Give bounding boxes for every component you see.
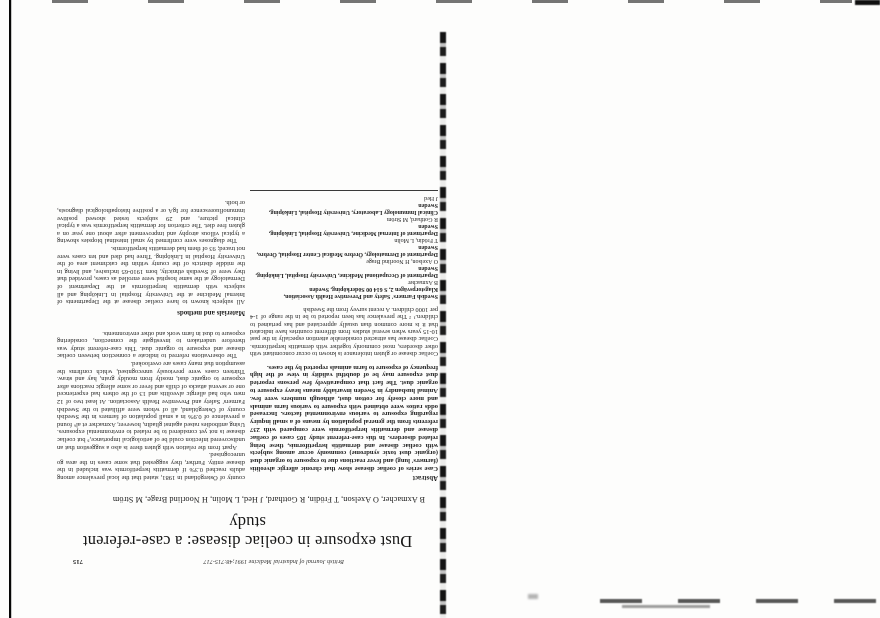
affiliation-text: Department of Occupational Medicine, Uni… bbox=[255, 265, 438, 278]
article-title-line-1: Dust exposure in coeliac disease: a case… bbox=[57, 532, 438, 551]
page-edge-line bbox=[9, 0, 11, 618]
author-list: B Axmacher, O Axelson, T Frödin, R Gotth… bbox=[57, 495, 425, 504]
section-heading-materials-and-methods: Materials and methods bbox=[57, 309, 245, 316]
article-title: Dust exposure in coeliac disease: a case… bbox=[57, 513, 438, 551]
introduction-paragraph: Coeliac disease or gluten intolerance is… bbox=[250, 306, 438, 357]
affiliation-entry: Department of Internal Medicine, Univers… bbox=[250, 215, 438, 236]
affiliation-entry: Department of Occupational Medicine, Uni… bbox=[250, 257, 438, 278]
affiliations-rule bbox=[250, 190, 438, 191]
affiliations-block: Swedish Farmers' Safety and Preventive H… bbox=[250, 190, 438, 299]
affiliation-entry: Swedish Farmers' Safety and Preventive H… bbox=[250, 278, 438, 299]
scan-smudge bbox=[528, 594, 538, 599]
body-paragraph: Apart from the relation with gluten ther… bbox=[57, 360, 245, 451]
body-paragraph: county of Östergötland in 1981, stated t… bbox=[57, 451, 245, 481]
body-paragraph: The observations referred to indicate a … bbox=[57, 329, 245, 359]
affiliation-names: O Axelson, H Noorlind Brage bbox=[366, 258, 438, 264]
scan-corner-mark bbox=[855, 0, 880, 5]
affiliation-names: R Gotthard, M Ström bbox=[387, 216, 438, 222]
two-column-body: Abstract Case series of coeliac disease … bbox=[57, 73, 438, 481]
article-title-line-2: study bbox=[57, 513, 438, 532]
scanner-bed: British Journal of Industrial Medicine 1… bbox=[0, 0, 880, 618]
scan-edge-dashes-bottom bbox=[600, 599, 878, 603]
affiliation-text: Swedish Farmers' Safety and Preventive H… bbox=[284, 286, 438, 299]
affiliation-entry: Department of Dermatology, Örebro Medica… bbox=[250, 236, 438, 257]
affiliation-names: J Hed bbox=[424, 195, 438, 201]
page-number: 715 bbox=[73, 558, 83, 565]
page-content: British Journal of Industrial Medicine 1… bbox=[11, 0, 441, 618]
body-paragraph: All subjects known to have coeliac disea… bbox=[57, 244, 245, 305]
affiliation-text: Department of Dermatology, Örebro Medica… bbox=[257, 244, 438, 257]
body-paragraph: The diagnoses were confirmed by small in… bbox=[57, 199, 245, 245]
right-column: county of Östergötland in 1981, stated t… bbox=[57, 73, 245, 481]
spine-margin-print-strip bbox=[440, 32, 446, 618]
affiliation-text: Clinical Immunology Laboratory, Universi… bbox=[269, 202, 438, 215]
affiliation-entry: Clinical Immunology Laboratory, Universi… bbox=[250, 194, 438, 215]
affiliation-names: B Axmacher bbox=[408, 279, 438, 285]
abstract-heading: Abstract bbox=[250, 474, 438, 481]
journal-citation: British Journal of Industrial Medicine 1… bbox=[203, 558, 344, 564]
left-column: Abstract Case series of coeliac disease … bbox=[250, 73, 438, 481]
scan-edge-dashes-top bbox=[52, 0, 852, 3]
affiliation-names: T Frödin, L Molin bbox=[394, 237, 438, 243]
abstract-text: Case series of coeliac disease show that… bbox=[250, 363, 438, 472]
scan-edge-dashes-bottom-faint bbox=[622, 605, 710, 608]
running-header: British Journal of Industrial Medicine 1… bbox=[57, 558, 438, 565]
scanned-page: British Journal of Industrial Medicine 1… bbox=[11, 0, 441, 618]
affiliation-text: Department of Internal Medicine, Univers… bbox=[269, 223, 438, 236]
